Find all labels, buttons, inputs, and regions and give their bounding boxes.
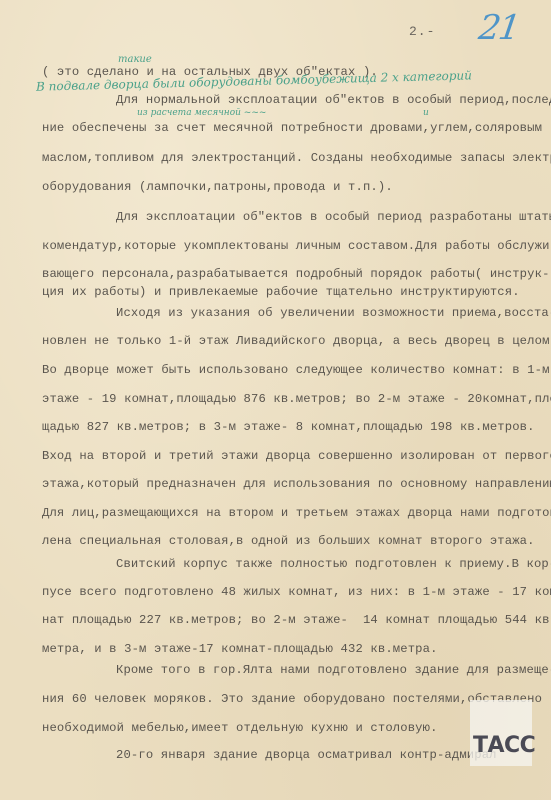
archive-number-handwritten: 21 (476, 8, 521, 48)
text-line: нат площадью 227 кв.метров; во 2-м этаже… (42, 613, 551, 627)
handwritten-note: из расчета месячной ~~~ (137, 108, 266, 118)
text-line: ция их работы) и привлекаемые рабочие тщ… (42, 285, 520, 299)
text-line: маслом,топливом для электростанций. Созд… (42, 151, 551, 165)
text-line: вающего персонала,разрабатывается подроб… (42, 267, 550, 281)
text-line: щадью 827 кв.метров; в 3-м этаже- 8 комн… (42, 420, 535, 434)
text-line: пусе всего подготовлено 48 жилых комнат,… (42, 585, 551, 599)
text-line: 20-го января здание дворца осматривал ко… (116, 748, 497, 762)
text-line: необходимой мебелью,имеет отдельную кухн… (42, 721, 438, 735)
text-line: Исходя из указания об увеличении возможн… (116, 306, 551, 320)
text-line: Свитский корпус также полностью подготов… (116, 557, 551, 571)
text-line: Вход на второй и третий этажи дворца сов… (42, 449, 551, 463)
text-line: лена специальная столовая,в одной из бол… (42, 534, 535, 548)
text-line: ние обеспечены за счет месячной потребно… (42, 121, 542, 135)
handwritten-note: такие (118, 54, 152, 65)
text-line: Для нормальной эксплоатации об"ектов в о… (116, 93, 551, 107)
text-line: новлен не только 1-й этаж Ливадийского д… (42, 334, 551, 348)
tass-watermark-logo: ТАСС (473, 733, 535, 758)
text-line: этажа,который предназначен для использов… (42, 477, 551, 491)
page-number: 2.- (409, 24, 435, 39)
text-line: ния 60 человек моряков. Это здание обору… (42, 692, 542, 706)
document-page: 2.- 21 ( это сделано и на остальных двух… (0, 0, 551, 800)
text-line: комендатур,которые укомплектованы личным… (42, 239, 551, 253)
text-line: оборудования (лампочки,патроны,провода и… (42, 180, 393, 194)
text-line: Для лиц,размещающихся на втором и третье… (42, 506, 551, 520)
text-line: Кроме того в гор.Ялта нами подготовлено … (116, 663, 551, 677)
text-line: Во дворце может быть использовано следую… (42, 363, 550, 377)
text-line: метра, и в 3-м этаже-17 комнат-площадью … (42, 642, 438, 656)
handwritten-note: и (423, 108, 429, 118)
text-line: этаже - 19 комнат,площадью 876 кв.метров… (42, 392, 551, 406)
text-line: Для эксплоатации об"ектов в особый перио… (116, 210, 551, 224)
